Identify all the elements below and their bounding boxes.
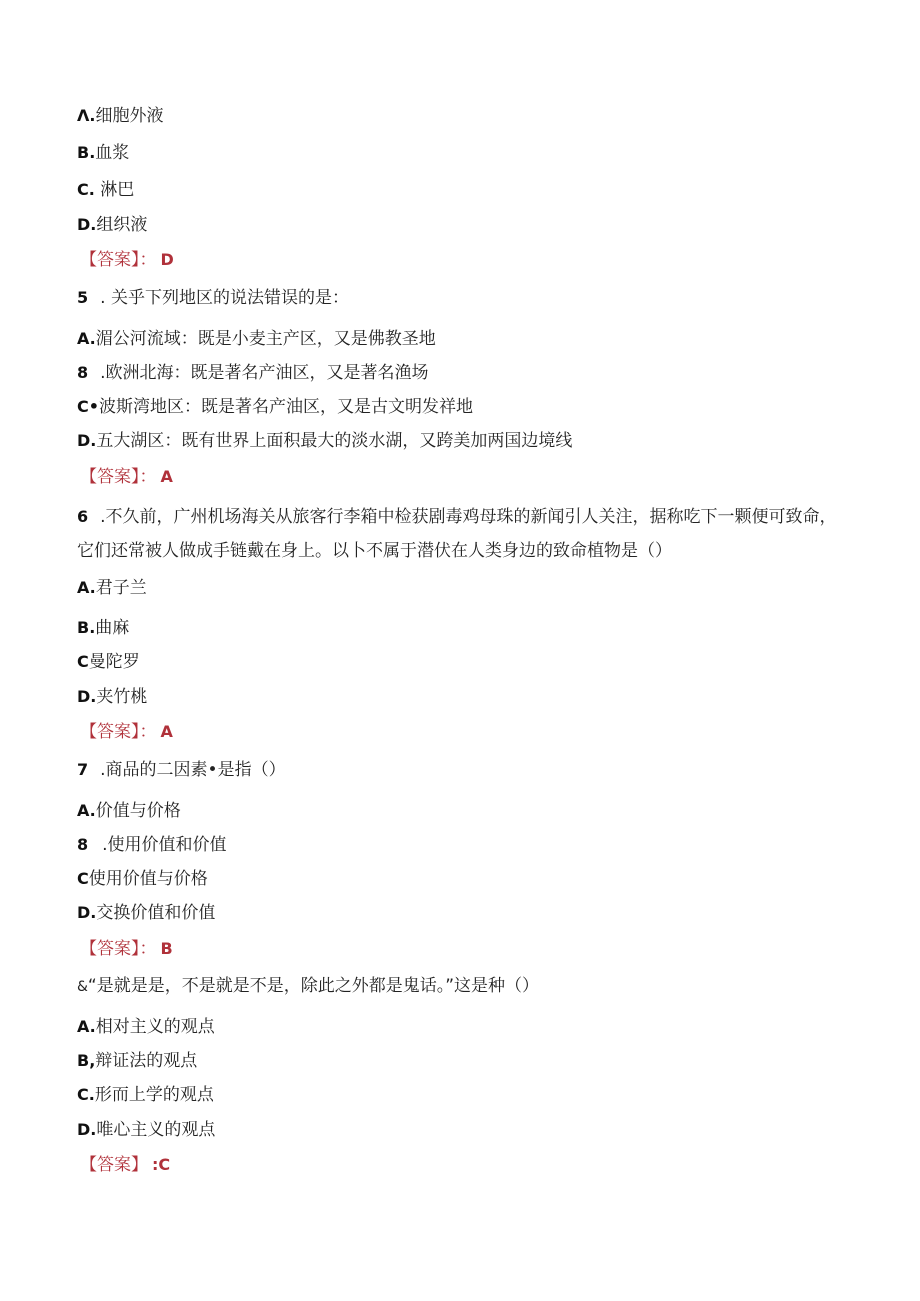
option-text: 曼陀罗 bbox=[89, 652, 140, 672]
option-c: C•波斯湾地区：既是著名产油区，又是古文明发祥地 bbox=[77, 395, 473, 419]
option-text: 波斯湾地区：既是著名产油区，又是古文明发祥地 bbox=[99, 397, 473, 417]
option-a: A.湄公河流域：既是小麦主产区，又是佛教圣地 bbox=[77, 327, 436, 351]
option-text: 价值与价格 bbox=[96, 801, 181, 821]
answer-line: 【答案】：B bbox=[80, 937, 173, 961]
option-label: Λ. bbox=[77, 106, 95, 125]
option-label: B, bbox=[77, 1051, 95, 1070]
option-b: 8.使用价值和价值 bbox=[77, 833, 227, 857]
question-5: 5. 关乎下列地区的说法错误的是： bbox=[77, 286, 349, 310]
option-label: A. bbox=[77, 801, 96, 820]
question-number: & bbox=[77, 979, 88, 995]
option-a: A.价值与价格 bbox=[77, 799, 181, 823]
option-d: D.唯心主义的观点 bbox=[77, 1118, 215, 1142]
option-label: A. bbox=[77, 1017, 96, 1036]
option-text: 淋巴 bbox=[95, 180, 134, 200]
option-label: 8 bbox=[77, 835, 88, 854]
option-label: D. bbox=[77, 215, 96, 234]
option-label: C bbox=[77, 869, 89, 888]
question-6: 6.不久前，广州机场海关从旅客行李箱中检获剧毒鸡母珠的新闻引人关注，据称吃下一颗… bbox=[77, 500, 837, 568]
option-a: Λ.细胞外液 bbox=[77, 104, 163, 128]
answer-tag: 【答案】 bbox=[80, 1155, 148, 1175]
option-text: 形而上学的观点 bbox=[95, 1085, 214, 1105]
option-text: 辩证法的观点 bbox=[95, 1051, 197, 1071]
option-d: D.五大湖区：既有世界上面积最大的淡水湖，又跨美加两国边境线 bbox=[77, 429, 572, 453]
option-text: 血浆 bbox=[95, 143, 129, 163]
option-c: C. 淋巴 bbox=[77, 178, 134, 202]
option-text: 曲麻 bbox=[95, 618, 129, 638]
question-number: 7 bbox=[77, 760, 88, 779]
option-text: 湄公河流域：既是小麦主产区，又是佛教圣地 bbox=[96, 329, 436, 349]
question-number: 6 bbox=[77, 507, 88, 526]
question-text: “是就是是，不是就是不是，除此之外都是鬼话。”这是种（） bbox=[88, 976, 539, 996]
option-text: 交换价值和价值 bbox=[96, 903, 215, 923]
answer-tag: 【答案】： bbox=[80, 722, 157, 742]
option-label: D. bbox=[77, 903, 96, 922]
option-b: B.血浆 bbox=[77, 141, 129, 165]
question-number: 5 bbox=[77, 288, 88, 307]
option-label: B. bbox=[77, 143, 95, 162]
option-b: B.曲麻 bbox=[77, 616, 129, 640]
option-b: B,辩证法的观点 bbox=[77, 1049, 197, 1073]
option-b: 8.欧洲北海：既是著名产油区，又是著名渔场 bbox=[77, 361, 429, 385]
option-text: 组织液 bbox=[96, 215, 147, 235]
answer-line: 【答案】：A bbox=[80, 465, 173, 489]
option-text: 夹竹桃 bbox=[96, 687, 147, 707]
question-text: .不久前，广州机场海关从旅客行李箱中检获剧毒鸡母珠的新闻引人关注，据称吃下一颗便… bbox=[77, 507, 837, 561]
option-text: 五大湖区：既有世界上面积最大的淡水湖，又跨美加两国边境线 bbox=[96, 431, 572, 451]
option-text: 细胞外液 bbox=[95, 106, 163, 126]
option-label: 8 bbox=[77, 363, 88, 382]
option-a: A.相对主义的观点 bbox=[77, 1015, 215, 1039]
answer-tag: 【答案】： bbox=[80, 250, 157, 270]
option-text: 使用价值与价格 bbox=[89, 869, 208, 889]
option-label: B. bbox=[77, 618, 95, 637]
option-text: 相对主义的观点 bbox=[96, 1017, 215, 1037]
option-label: C• bbox=[77, 397, 99, 416]
option-label: D. bbox=[77, 1120, 96, 1139]
option-c: C使用价值与价格 bbox=[77, 867, 208, 891]
answer-line: 【答案】：A bbox=[80, 720, 173, 744]
option-d: D.夹竹桃 bbox=[77, 685, 147, 709]
answer-value: A bbox=[161, 722, 173, 741]
option-label: A. bbox=[77, 578, 96, 597]
option-d: D.组织液 bbox=[77, 213, 147, 237]
option-label: C. bbox=[77, 1085, 95, 1104]
option-text: .使用价值和价值 bbox=[102, 835, 226, 855]
answer-tag: 【答案】： bbox=[80, 467, 157, 487]
question-text: .商品的二因素•是指（） bbox=[100, 760, 285, 780]
option-label: A. bbox=[77, 329, 96, 348]
answer-value: B bbox=[161, 939, 173, 958]
answer-tag: 【答案】： bbox=[80, 939, 157, 959]
question-8: &“是就是是，不是就是不是，除此之外都是鬼话。”这是种（） bbox=[77, 974, 539, 999]
question-text: . 关乎下列地区的说法错误的是： bbox=[100, 288, 349, 308]
option-label: D. bbox=[77, 431, 96, 450]
question-7: 7.商品的二因素•是指（） bbox=[77, 758, 286, 782]
option-text: 君子兰 bbox=[96, 578, 147, 598]
option-c: C曼陀罗 bbox=[77, 650, 140, 674]
option-label: C bbox=[77, 652, 89, 671]
option-c: C.形而上学的观点 bbox=[77, 1083, 214, 1107]
option-label: C. bbox=[77, 180, 95, 199]
answer-value: D bbox=[161, 250, 174, 269]
option-text: 唯心主义的观点 bbox=[96, 1120, 215, 1140]
option-text: .欧洲北海：既是著名产油区，又是著名渔场 bbox=[100, 363, 428, 383]
answer-value: :C bbox=[152, 1155, 170, 1174]
answer-line: 【答案】:C bbox=[80, 1153, 170, 1177]
option-label: D. bbox=[77, 687, 96, 706]
answer-value: A bbox=[161, 467, 173, 486]
option-a: A.君子兰 bbox=[77, 576, 147, 600]
answer-line: 【答案】：D bbox=[80, 248, 174, 272]
option-d: D.交换价值和价值 bbox=[77, 901, 215, 925]
